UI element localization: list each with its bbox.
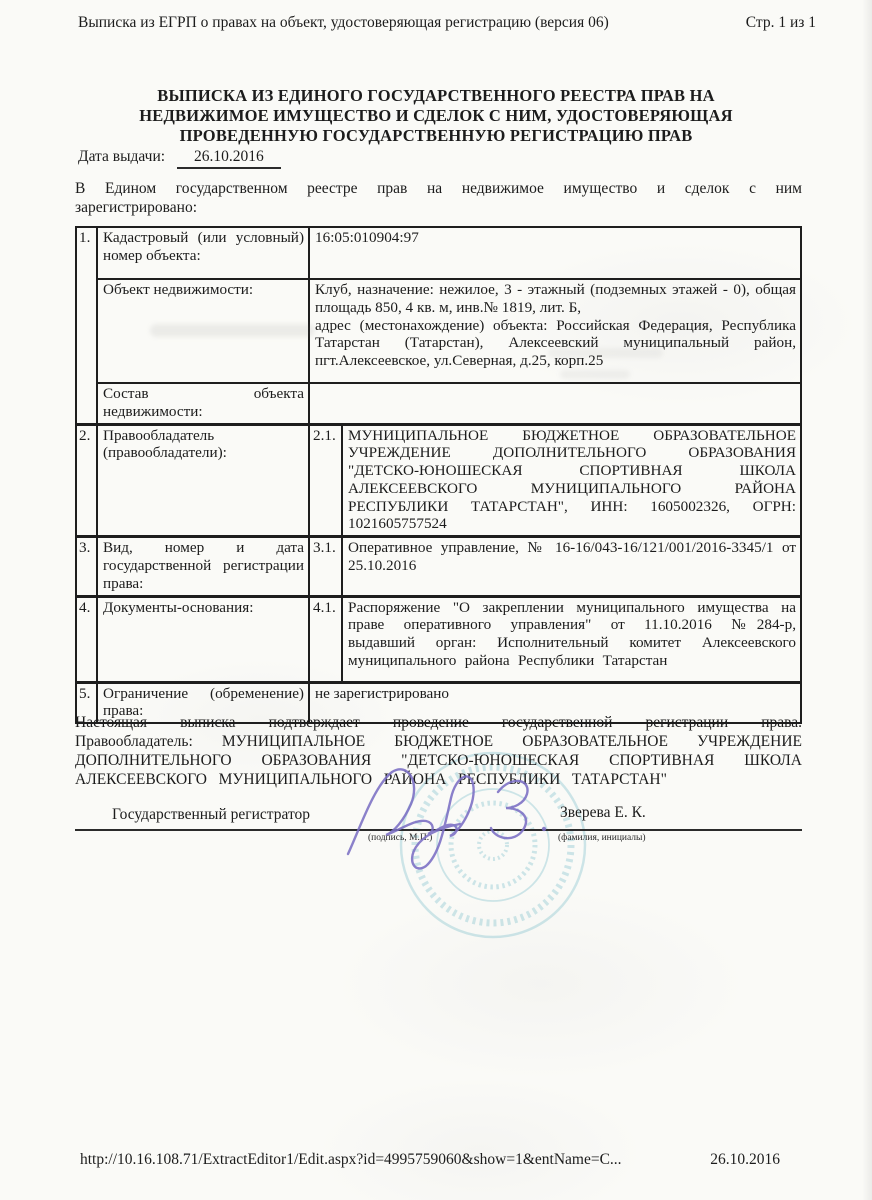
composition-label: Состав объекта недвижимости:	[97, 383, 309, 424]
scan-edge-shadow	[862, 0, 872, 1200]
row-subnumber: 4.1.	[309, 596, 342, 682]
doc-type-label: Выписка из ЕГРП о правах на объект, удос…	[78, 14, 609, 32]
table-row: 3. Вид, номер и дата государственной рег…	[76, 537, 801, 596]
row-number: 2.	[76, 424, 97, 537]
registration-table: 1. Кадастровый (или условный) номер объе…	[75, 226, 802, 724]
rights-holder-label: Правообладатель (правообладатели):	[97, 424, 309, 537]
basis-documents-label: Документы-основания:	[97, 596, 309, 682]
row-subnumber: 2.1.	[309, 424, 342, 537]
scanned-egrp-extract-page: Выписка из ЕГРП о правах на объект, удос…	[0, 0, 872, 1200]
registration-kind-label: Вид, номер и дата государственной регист…	[97, 537, 309, 596]
cadastral-number-label: Кадастровый (или условный) номер объекта…	[97, 227, 309, 279]
basis-documents-value: Распоряжение "О закреплении муниципально…	[342, 596, 801, 682]
table-row: Состав объекта недвижимости:	[76, 383, 801, 424]
table-row: 1. Кадастровый (или условный) номер объе…	[76, 227, 801, 279]
page-number: Стр. 1 из 1	[746, 14, 816, 32]
scan-smudge	[150, 324, 315, 337]
scan-smudge	[548, 348, 663, 358]
table-row: 2. Правообладатель (правообладатели): 2.…	[76, 424, 801, 537]
source-url-text: http://10.16.108.71/ExtractEditor1/Edit.…	[80, 1151, 622, 1169]
running-header: Выписка из ЕГРП о правах на объект, удос…	[78, 14, 816, 32]
issue-date-line: Дата выдачи: 26.10.2016	[78, 148, 281, 169]
registration-kind-value: Оперативное управление, № 16-16/043-16/1…	[342, 537, 801, 596]
issue-date-label: Дата выдачи:	[78, 148, 165, 165]
row-subnumber: 3.1.	[309, 537, 342, 596]
signature-ink-icon	[330, 758, 580, 873]
rights-holder-value: МУНИЦИПАЛЬНОЕ БЮДЖЕТНОЕ ОБРАЗОВАТЕЛЬНОЕ …	[342, 424, 801, 537]
row-number: 4.	[76, 596, 97, 682]
table-row: 4. Документы-основания: 4.1. Распоряжени…	[76, 596, 801, 682]
row-number: 1.	[76, 227, 97, 424]
print-date: 26.10.2016	[710, 1151, 780, 1169]
registrar-title: Государственный регистратор	[112, 806, 310, 824]
property-object-value: Клуб, назначение: нежилое, 3 - этажный (…	[309, 279, 801, 383]
composition-value	[309, 383, 801, 424]
row-number: 3.	[76, 537, 97, 596]
scan-smudge	[560, 370, 630, 379]
intro-paragraph: В Едином государственном реестре прав на…	[75, 180, 802, 218]
document-title: ВЫПИСКА ИЗ ЕДИНОГО ГОСУДАРСТВЕННОГО РЕЕС…	[116, 86, 756, 145]
issue-date-value: 26.10.2016	[177, 148, 281, 169]
cadastral-number-value: 16:05:010904:97	[309, 227, 801, 279]
print-footer: http://10.16.108.71/ExtractEditor1/Edit.…	[80, 1151, 780, 1169]
